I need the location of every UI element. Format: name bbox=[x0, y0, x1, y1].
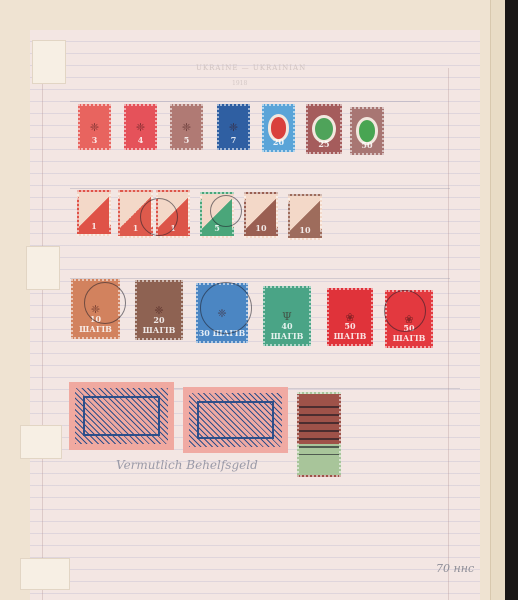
stamp-value: 25 bbox=[308, 139, 340, 149]
stamp: 20 bbox=[262, 104, 295, 152]
stamp-value: 50 ШАГІВ bbox=[329, 321, 371, 341]
emblem-icon: ❈ bbox=[90, 121, 99, 134]
emblem-icon: ❈ bbox=[136, 121, 145, 134]
stamp-value: 10 bbox=[290, 225, 320, 235]
stamp: 10 bbox=[244, 192, 278, 238]
stamp-value: 20 bbox=[264, 137, 293, 147]
stamp: 10 bbox=[288, 194, 322, 240]
stamp: ❈7 bbox=[217, 104, 250, 150]
stamp-value: 3 bbox=[80, 135, 109, 145]
stamp bbox=[69, 382, 174, 450]
postmark-cancel bbox=[210, 195, 242, 227]
stamp-value: 40 ШАГІВ bbox=[265, 321, 309, 341]
stamp bbox=[297, 392, 341, 477]
stamp: ❈20 ШАГІВ bbox=[135, 280, 183, 340]
page-margin-line-right bbox=[448, 68, 449, 600]
postmark-cancel bbox=[84, 282, 126, 324]
postmark-cancel bbox=[200, 282, 252, 334]
stamp-value: 20 ШАГІВ bbox=[137, 315, 181, 335]
page-header: UKRAINE — UKRAINIAN bbox=[196, 64, 306, 72]
album-hinge bbox=[20, 558, 70, 590]
price-note: 70 ннс bbox=[436, 562, 474, 575]
stamp-value: 5 bbox=[172, 135, 201, 145]
album-hinge bbox=[26, 246, 60, 290]
stamp-value: 50 bbox=[352, 140, 382, 150]
album-hinge bbox=[20, 425, 62, 459]
stamp: 25 bbox=[306, 104, 342, 154]
stamp-value: 1 bbox=[79, 221, 109, 231]
pencil-note: Vermutlich Behelfsgeld bbox=[116, 458, 258, 472]
page-subheader: 1918 bbox=[232, 80, 247, 87]
emblem-icon: ❈ bbox=[182, 121, 191, 134]
stamp: Ψ40 ШАГІВ bbox=[263, 286, 311, 346]
postmark-cancel bbox=[140, 198, 178, 236]
emblem-icon: ❈ bbox=[229, 121, 238, 134]
album-hinge bbox=[32, 40, 66, 84]
stamp: 1 bbox=[77, 190, 111, 236]
stamp-value: 4 bbox=[126, 135, 155, 145]
stamp: 50 bbox=[350, 107, 384, 155]
stamp-value: 10 bbox=[246, 223, 276, 233]
page-margin-line bbox=[42, 68, 43, 600]
stamp-value: 7 bbox=[219, 135, 248, 145]
stamp: ❀50 ШАГІВ bbox=[327, 288, 373, 346]
stamp: ❈5 bbox=[170, 104, 203, 150]
mount-line bbox=[70, 101, 420, 102]
postmark-cancel bbox=[384, 290, 426, 332]
stamp: ❈4 bbox=[124, 104, 157, 150]
stamp: ❈3 bbox=[78, 104, 111, 150]
stamp bbox=[183, 387, 288, 453]
mount-line bbox=[70, 278, 450, 279]
mount-line bbox=[70, 188, 450, 189]
